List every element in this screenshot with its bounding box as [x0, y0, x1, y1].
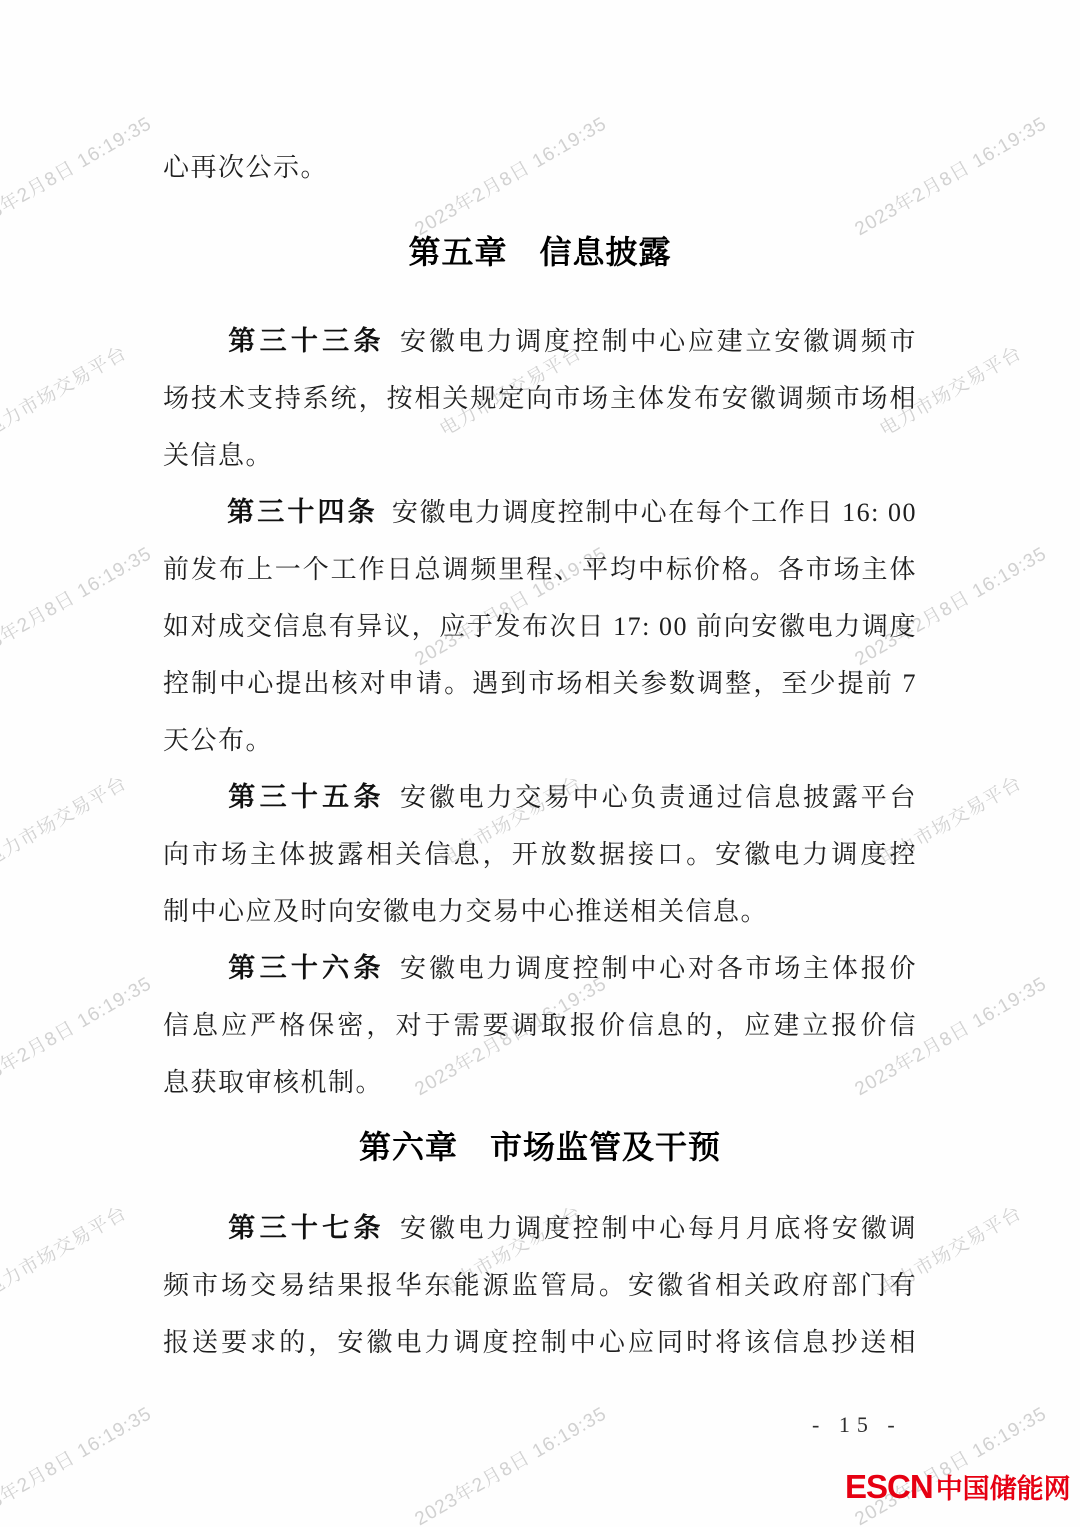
chapter-6-number: 第六章 — [359, 1129, 458, 1165]
chapter-6-heading: 第六章市场监管及干预 — [163, 1119, 917, 1176]
article-33-line-1: 第三十三条安徽电力调度控制中心应建立安徽调频市 — [163, 313, 917, 370]
watermark-date: 2023年2月8日 16:19:35 — [0, 539, 156, 671]
article-35-line-3: 制中心应及时向安徽电力交易中心推送相关信息。 — [163, 883, 917, 940]
escn-logo: ESCN中国储能网 — [845, 1467, 1071, 1506]
watermark-platform: 电力市场交易平台 — [0, 768, 131, 871]
article-37-line-1: 第三十七条安徽电力调度控制中心每月月底将安徽调 — [163, 1200, 917, 1257]
article-37-line-3: 报送要求的，安徽电力调度控制中心应同时将该信息抄送相 — [163, 1314, 917, 1371]
chapter-5-title: 信息披露 — [540, 234, 672, 270]
article-33-line-2: 场技术支持系统，按相关规定向市场主体发布安徽调频市场相 — [163, 370, 917, 427]
article-36-term: 第三十六条 — [227, 953, 385, 983]
continuation-line: 心再次公示。 — [163, 139, 917, 196]
article-34-line-4: 控制中心提出核对申请。遇到市场相关参数调整，至少提前 7 — [163, 655, 917, 712]
watermark-date: 2023年2月8日 16:19:35 — [0, 969, 156, 1101]
article-33-term: 第三十三条 — [227, 326, 385, 356]
article-34-term: 第三十四条 — [227, 497, 378, 527]
escn-logo-wordmark: ESCN — [845, 1468, 933, 1505]
article-34-text-1: 安徽电力调度控制中心在每个工作日 16: 00 — [392, 498, 917, 527]
document-content: 心再次公示。 第五章信息披露 第三十三条安徽电力调度控制中心应建立安徽调频市 场… — [163, 139, 917, 1371]
article-35-term: 第三十五条 — [227, 782, 385, 812]
article-36-line-3: 息获取审核机制。 — [163, 1054, 917, 1111]
article-34-line-2: 前发布上一个工作日总调频里程、平均中标价格。各市场主体 — [163, 541, 917, 598]
article-37-term: 第三十七条 — [227, 1213, 385, 1243]
article-33-line-3: 关信息。 — [163, 427, 917, 484]
article-34-line-1: 第三十四条安徽电力调度控制中心在每个工作日 16: 00 — [163, 484, 917, 541]
watermark-date: 2023年2月8日 16:19:35 — [409, 1399, 611, 1527]
chapter-6-title: 市场监管及干预 — [490, 1129, 721, 1165]
chapter-5-number: 第五章 — [408, 234, 507, 270]
article-34-line-5: 天公布。 — [163, 712, 917, 769]
article-35-line-2: 向市场主体披露相关信息，开放数据接口。安徽电力调度控 — [163, 826, 917, 883]
article-34-line-3: 如对成交信息有异议，应于发布次日 17: 00 前向安徽电力调度 — [163, 598, 917, 655]
article-36-line-1: 第三十六条安徽电力调度控制中心对各市场主体报价 — [163, 940, 917, 997]
article-35-line-1: 第三十五条安徽电力交易中心负责通过信息披露平台 — [163, 769, 917, 826]
article-33-text-1: 安徽电力调度控制中心应建立安徽调频市 — [399, 327, 917, 356]
article-37-text-1: 安徽电力调度控制中心每月月底将安徽调 — [399, 1214, 917, 1243]
watermark-date: 2023年2月8日 16:19:35 — [0, 1399, 156, 1527]
article-37-line-2: 频市场交易结果报华东能源监管局。安徽省相关政府部门有 — [163, 1257, 917, 1314]
escn-logo-chinese-name: 中国储能网 — [936, 1474, 1071, 1504]
document-page: 2023年2月8日 16:19:352023年2月8日 16:19:352023… — [0, 0, 1080, 1527]
article-35-text-1: 安徽电力交易中心负责通过信息披露平台 — [399, 783, 917, 812]
chapter-5-heading: 第五章信息披露 — [163, 224, 917, 281]
article-36-line-2: 信息应严格保密，对于需要调取报价信息的，应建立报价信 — [163, 997, 917, 1054]
watermark-date: 2023年2月8日 16:19:35 — [0, 109, 156, 241]
page-number: - 15 - — [812, 1412, 902, 1438]
watermark-platform: 电力市场交易平台 — [0, 338, 131, 441]
watermark-platform: 电力市场交易平台 — [0, 1198, 131, 1301]
article-36-text-1: 安徽电力调度控制中心对各市场主体报价 — [399, 954, 917, 983]
